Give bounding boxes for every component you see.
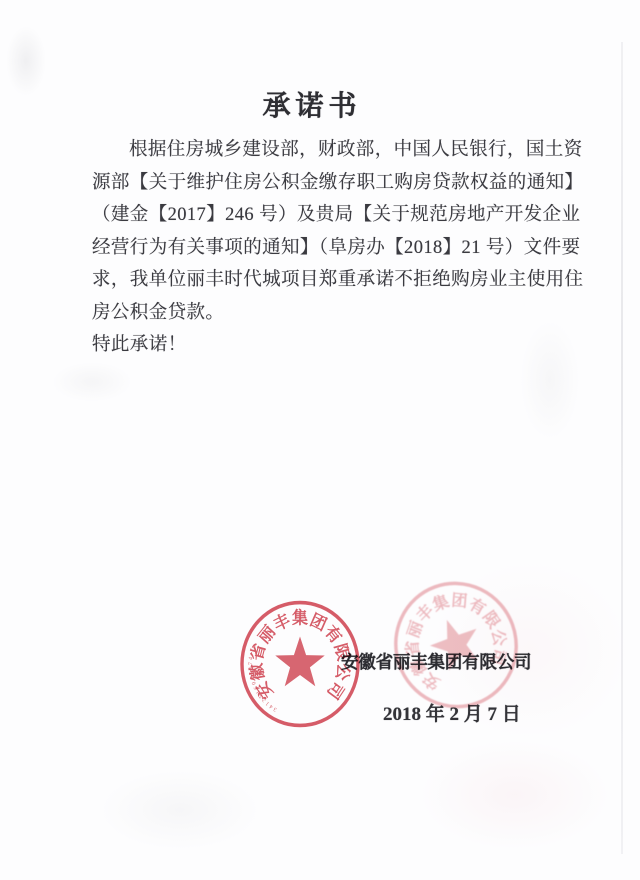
svg-text:公: 公 (488, 628, 509, 648)
svg-text:司: 司 (323, 678, 347, 703)
svg-text:限: 限 (331, 641, 353, 663)
body-line: 房公积金贷款。 (92, 297, 554, 330)
svg-text:7: 7 (248, 662, 254, 665)
seal-star-icon (424, 611, 487, 673)
body-line: 特此承诺！ (92, 329, 554, 362)
svg-text:团: 团 (451, 590, 468, 611)
document-title: 承诺书 (0, 84, 624, 124)
body-line: 源部【关于维护住房公积金缴存职工购房贷款权益的通知】 (92, 167, 554, 200)
scan-smudge (100, 770, 260, 850)
seal-star-icon (275, 636, 324, 686)
document-body: 根据住房城乡建设部，财政部，中国人民银行，国土资 源部【关于维护住房公积金缴存职… (92, 134, 554, 362)
body-line: （建金【2017】246 号）及贵局【关于规范房地产开发企业 (92, 199, 554, 232)
scan-smudge (52, 362, 132, 402)
body-line: 经营行为有关事项的通知】（阜房办【2018】21 号）文件要 (92, 232, 554, 265)
company-seal-right: 安徽省丽丰集团有限公司 (374, 563, 538, 727)
scanned-commitment-letter: 承诺书 根据住房城乡建设部，财政部，中国人民银行，国土资 源部【关于维护住房公积… (0, 0, 640, 880)
body-line: 求，我单位丽丰时代城项目郑重承诺不拒绝购房业主使用住 (92, 264, 554, 297)
scan-smudge (420, 740, 610, 850)
svg-text:集: 集 (292, 608, 308, 628)
company-seal-left: 安徽省丽丰集团有限公司 3412516003374 (220, 584, 380, 744)
svg-text:省: 省 (403, 639, 422, 658)
body-line: 根据住房城乡建设部，财政部，中国人民银行，国土资 (92, 134, 554, 167)
svg-text:司: 司 (487, 646, 509, 667)
scan-page-edge-line (621, 42, 623, 854)
